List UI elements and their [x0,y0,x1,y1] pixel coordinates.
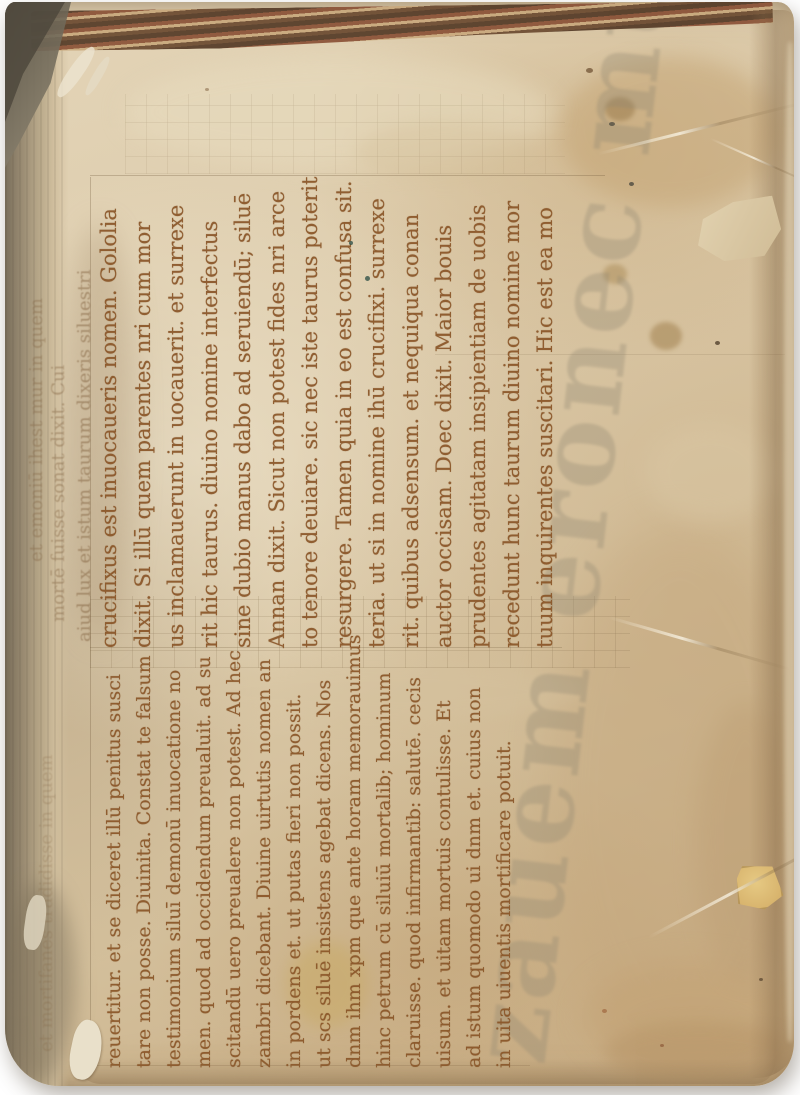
manuscript-line: in pordens et. ut putas fieri non possit… [279,656,309,1068]
manuscript-line: ad istum quomodo ui dnm et. cuius non [459,656,489,1068]
ink-speck [349,241,353,245]
manuscript-line: zambri dicebant. Diuine uirtutis nomen a… [249,656,279,1068]
manuscript-line: recedunt hunc taurum diuino nomine mor [496,174,530,648]
manuscript-line: prudentes agitatam insipientiam de uobis [462,174,496,648]
manuscript-line: sine dubio manus dabo ad seruiendū; silu… [227,174,261,648]
manuscript-line: testimonium siluī demonū inuocatione no [159,656,189,1068]
deckle-edge-highlight [784,42,794,1042]
text-column-lower: reuertitur. et se diceret illū penitus s… [99,656,519,1068]
manuscript-line: dnm ihm xpm que ante horam memorauimus [339,656,369,1068]
manuscript-line: crucifixus est inuocaueris nomen. Gololi… [93,174,127,648]
ink-speck [586,68,593,73]
manuscript-line: teria. ut si in nomine ihū crucifixi. su… [361,174,395,648]
manuscript-line: uisum. et uitam mortuis contulisse. Et [429,656,459,1068]
manuscript-line: hinc petrum cū siluiū mortalib; hominum [369,656,399,1068]
manuscript-line: reuertitur. et se diceret illū penitus s… [99,656,129,1068]
text-column-upper: crucifixus est inuocaueris nomen. Gololi… [93,174,563,648]
manuscript-line: tare non posse. Diuinita. Constat te fal… [129,656,159,1068]
manuscript-line: us inclamauerunt in uocauerit. et surrex… [160,174,194,648]
manuscript-line: scitandū uero preualere non potest. Ad h… [219,656,249,1068]
manuscript-photo: zauem eronec mulG et emoniū ihest mur in… [0,0,800,1095]
manuscript-line: Annan dixit. Sicut non potest fides nri … [261,174,295,648]
manuscript-line: auctor occisam. Doec dixit. Maior bouis [428,174,462,648]
ink-speck [629,182,634,186]
manuscript-line: ut scs siluē insistens agebat dicens. No… [309,656,339,1068]
margin-fragment: et mortifanes tradidisse in quem [35,652,59,1052]
margin-fragment: mortē fuisse sonat dixit. Cui [47,192,71,622]
ruling-grid [125,94,565,174]
ink-speck [660,1044,664,1047]
manuscript-line: claruisse. quod infirmantib: salutē. cec… [399,656,429,1068]
manuscript-line: to tenore deuiare. sic nec iste taurus p… [294,174,328,648]
ink-speck [609,122,615,126]
manuscript-line: men. quod ad occidendum preualuit. ad su [189,656,219,1068]
manuscript-line: in uita uiuentis mortificare potuit. [489,656,519,1068]
ink-speck [602,1009,607,1013]
ink-speck [715,341,720,345]
manuscript-line: resurgere. Tamen quia in eo est confusa … [328,174,362,648]
manuscript-page: zauem eronec mulG et emoniū ihest mur in… [5,2,794,1086]
manuscript-line: tuum inquirentes suscitari. Hic est ea m… [529,174,563,648]
bottom-edge-shading [75,1058,775,1084]
ink-speck [759,978,763,981]
manuscript-line: dixit. Si illū quem parentes nri cum mor [127,174,161,648]
manuscript-line: rit. quibus adsensum. et nequiqua conan [395,174,429,648]
ink-speck [365,276,370,281]
margin-fragment: et emoniū ihest mur in quem [25,212,49,562]
ink-speck [205,88,209,91]
manuscript-line: rit hic taurus. diuino nomine interfectu… [194,174,228,648]
